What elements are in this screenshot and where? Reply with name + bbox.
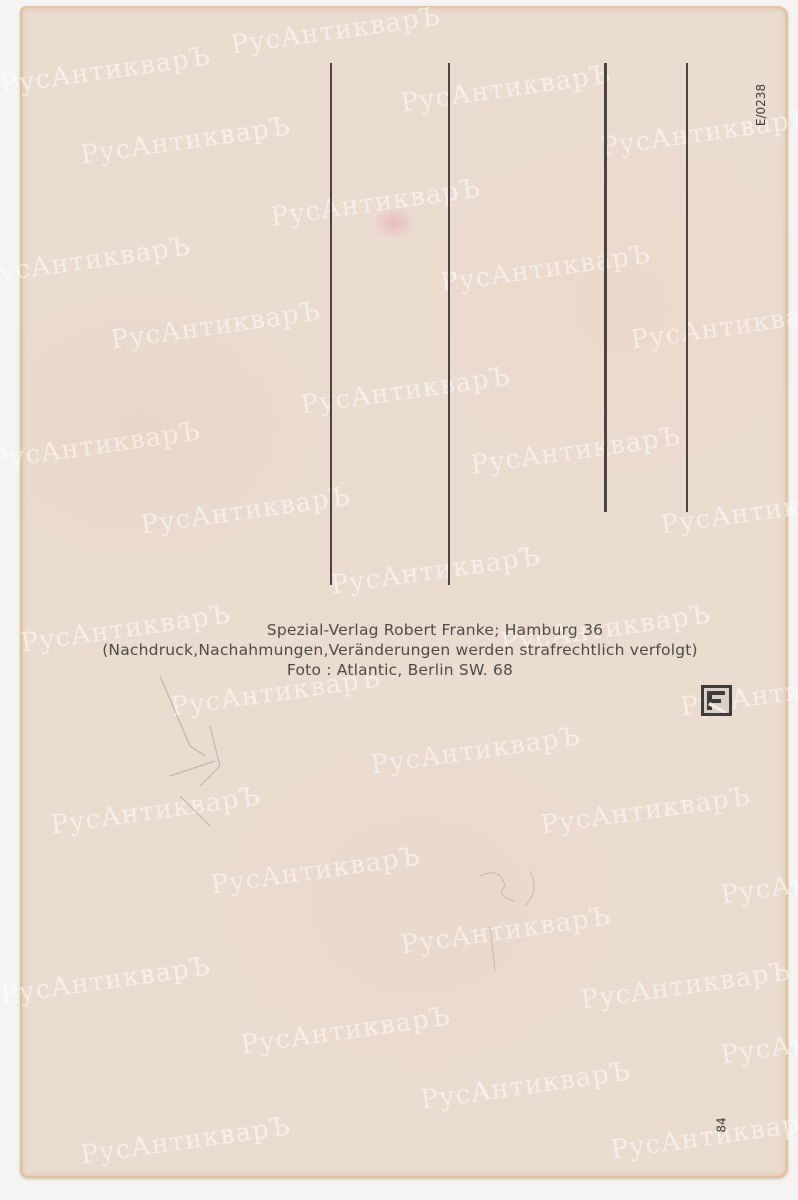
watermark: РусАнтикварЪ <box>0 41 213 100</box>
watermark: РусАнтикварЪ <box>239 1001 453 1060</box>
address-line-2 <box>448 63 450 585</box>
watermark: РусАнтикварЪ <box>369 721 583 780</box>
pencil-marks <box>460 856 580 976</box>
watermark: РусАнтикварЪ <box>439 239 653 298</box>
postcard-back: РусАнтикварЪ РусАнтикварЪ РусАнтикварЪ Р… <box>20 6 788 1178</box>
watermark: РусАнтикварЪ <box>419 1056 633 1115</box>
watermark: РусАнтикварЪ <box>229 1 443 60</box>
watermark: РусАнтикварЪ <box>629 296 798 355</box>
address-line-1 <box>330 63 332 585</box>
card-number: 84 <box>715 1117 729 1132</box>
watermark: РусАнтикварЪ <box>659 481 798 540</box>
watermark: РусАнтикварЪ <box>399 901 613 960</box>
publisher-logo-icon <box>701 685 732 716</box>
watermark: РусАнтикварЪ <box>599 103 798 162</box>
imprint-copyright-notice: (Nachdruck,Nachahmungen,Veränderungen we… <box>40 640 760 660</box>
watermark: РусАнтикварЪ <box>609 1106 798 1165</box>
pencil-marks <box>120 666 260 846</box>
watermark: РусАнтикварЪ <box>109 296 323 355</box>
imprint-publisher: Spezial-Verlag Robert Franke; Hamburg 36 <box>40 620 760 640</box>
watermark: РусАнтикварЪ <box>329 541 543 600</box>
watermark: РусАнтикварЪ <box>579 956 793 1015</box>
watermark: РусАнтикварЪ <box>49 781 263 840</box>
divider-line-thick <box>604 63 607 512</box>
watermark: РусАнтикварЪ <box>469 421 683 480</box>
divider-line-thin <box>686 63 688 512</box>
watermark: РусАнтикварЪ <box>79 1111 293 1170</box>
watermark: РусАнтикварЪ <box>719 851 798 910</box>
f-logo-icon <box>701 685 732 716</box>
publisher-imprint: Spezial-Verlag Robert Franke; Hamburg 36… <box>40 620 760 680</box>
watermark: РусАнтикварЪ <box>0 951 213 1010</box>
watermark: РусАнтикварЪ <box>139 481 353 540</box>
watermark: РусАнтикварЪ <box>209 841 423 900</box>
pink-smudge <box>372 206 416 240</box>
watermark: РусАнтикварЪ <box>0 231 193 290</box>
watermark: РусАнтикварЪ <box>539 781 753 840</box>
imprint-photo-credit: Foto : Atlantic, Berlin SW. 68 <box>40 660 760 680</box>
series-code: E/0238 <box>754 84 768 126</box>
watermark: РусАнтикварЪ <box>0 416 203 475</box>
watermark: РусАнтикварЪ <box>719 1011 798 1070</box>
watermark: РусАнтикварЪ <box>399 59 613 118</box>
watermark: РусАнтикварЪ <box>79 111 293 170</box>
